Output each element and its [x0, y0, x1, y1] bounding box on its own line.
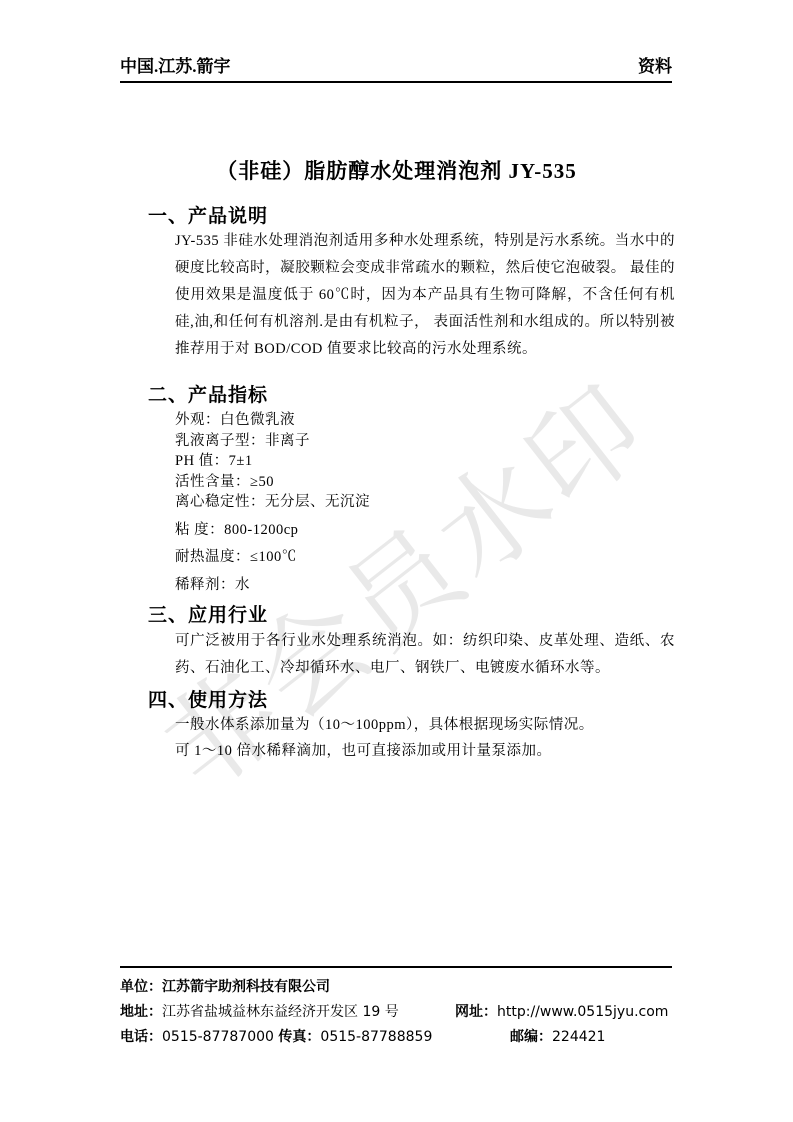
- section-heading-usage: 四、使用方法: [148, 685, 268, 712]
- phone-label: 电话：: [120, 1029, 162, 1045]
- usage-paragraph: 一般水体系添加量为（10～100ppm），具体根据现场实际情况。 可 1～10 …: [175, 712, 675, 764]
- header-brand: 中国.江苏.箭宇: [120, 52, 231, 77]
- document-page: 非会员水印 中国.江苏.箭宇 资料 （非硅）脂肪醇水处理消泡剂 JY-535 一…: [0, 0, 793, 1122]
- company-zip: 邮编：224421: [455, 1025, 605, 1050]
- fax-label: 传真：: [278, 1029, 320, 1045]
- spec-diluent: 稀释剂：水: [175, 575, 370, 596]
- company-address: 地址：江苏省盐城益林东益经济开发区 19 号: [120, 1000, 455, 1025]
- usage-line-1: 一般水体系添加量为（10～100ppm），具体根据现场实际情况。: [175, 712, 675, 738]
- spec-ph: PH 值：7±1: [175, 451, 370, 472]
- spec-appearance: 外观：白色微乳液: [175, 410, 370, 431]
- unit-value: 江苏箭宇助剂科技有限公司: [162, 979, 330, 995]
- phone-value: 0515-87787000: [162, 1029, 274, 1045]
- page-footer: 单位：江苏箭宇助剂科技有限公司 地址：江苏省盐城益林东益经济开发区 19 号 网…: [120, 966, 672, 1050]
- document-title: （非硅）脂肪醇水处理消泡剂 JY-535: [0, 155, 793, 185]
- section-heading-product-description: 一、产品说明: [148, 201, 268, 228]
- footer-row-unit: 单位：江苏箭宇助剂科技有限公司: [120, 975, 672, 1000]
- company-website: 网址：http://www.0515jyu.com: [455, 1000, 668, 1025]
- website-value: http://www.0515jyu.com: [497, 1004, 668, 1020]
- spec-viscosity: 粘 度：800-1200cp: [175, 520, 370, 541]
- fax-value: 0515-87788859: [320, 1029, 432, 1045]
- website-label: 网址：: [455, 1004, 497, 1020]
- footer-row-phone: 电话：0515-87787000 传真：0515-87788859 邮编：224…: [120, 1025, 672, 1050]
- section-heading-product-specs: 二、产品指标: [148, 380, 268, 407]
- spec-centrifugal-stability: 离心稳定性：无分层、无沉淀: [175, 492, 370, 513]
- applications-paragraph: 可广泛被用于各行业水处理系统消泡。如：纺织印染、皮革处理、造纸、农药、石油化工、…: [175, 628, 675, 682]
- section-heading-applications: 三、应用行业: [148, 600, 268, 627]
- address-value: 江苏省盐城益林东益经济开发区 19 号: [162, 1004, 399, 1020]
- page-header: 中国.江苏.箭宇 资料: [120, 52, 672, 83]
- zip-label: 邮编：: [510, 1029, 552, 1045]
- product-description-paragraph: JY-535 非硅水处理消泡剂适用多种水处理系统，特别是污水系统。当水中的硬度比…: [175, 228, 675, 363]
- spec-active-content: 活性含量：≥50: [175, 472, 370, 493]
- company-name: 单位：江苏箭宇助剂科技有限公司: [120, 975, 330, 1000]
- unit-label: 单位：: [120, 979, 162, 995]
- product-spec-list: 外观：白色微乳液 乳液离子型：非离子 PH 值：7±1 活性含量：≥50 离心稳…: [175, 410, 370, 595]
- zip-value: 224421: [552, 1029, 605, 1045]
- usage-line-2: 可 1～10 倍水稀释滴加，也可直接添加或用计量泵添加。: [175, 738, 675, 764]
- spec-heat-resistance: 耐热温度：≤100℃: [175, 547, 370, 568]
- footer-row-address: 地址：江苏省盐城益林东益经济开发区 19 号 网址：http://www.051…: [120, 1000, 672, 1025]
- header-doc-type: 资料: [638, 52, 672, 77]
- company-phone-fax: 电话：0515-87787000 传真：0515-87788859: [120, 1025, 455, 1050]
- spec-ionic-type: 乳液离子型：非离子: [175, 431, 370, 452]
- address-label: 地址：: [120, 1004, 162, 1020]
